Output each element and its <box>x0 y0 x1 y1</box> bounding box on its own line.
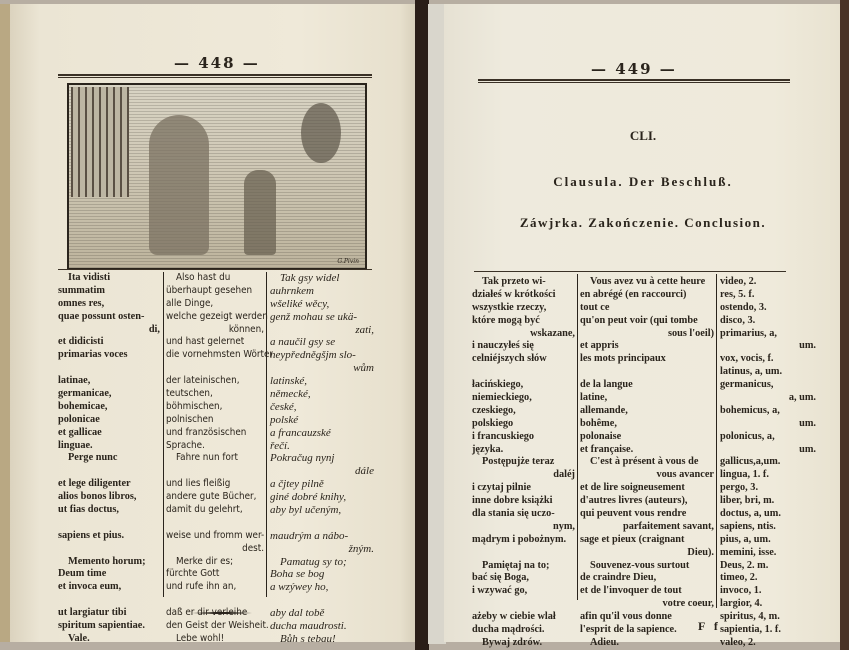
text-line: łacińskiego, <box>472 379 575 392</box>
text-line: działeś w krótkości <box>472 289 575 302</box>
text-line: summatim <box>58 285 160 298</box>
text-line: giné dobré knihy, <box>270 491 374 504</box>
text-line: primarius, a, <box>720 328 816 341</box>
text-line: ut largiatur tibi <box>58 607 160 620</box>
text-line: Pokračug nynj <box>270 452 374 465</box>
text-line <box>270 517 374 530</box>
text-line: et de lire soigneusement <box>580 482 714 495</box>
text-line: Pamiętaj na to; <box>472 560 575 573</box>
text-line: polnischen <box>166 414 264 427</box>
text-line: den Geist der Weisheit. <box>166 620 264 633</box>
old-teacher-figure <box>149 115 209 255</box>
text-line: ducha mądrości. <box>472 624 575 637</box>
text-line: neypředněgšjm slo- <box>270 349 374 362</box>
text-line: Pamatug sy to; <box>270 556 374 569</box>
text-line: daléj <box>472 469 575 482</box>
text-line: wszystkie rzeczy, <box>472 302 575 315</box>
text-line: primarias voces <box>58 349 160 362</box>
text-line: bać się Boga, <box>472 572 575 585</box>
text-line: et de l'invoquer de tout <box>580 585 714 598</box>
text-line: les mots principaux <box>580 353 714 366</box>
text-line: německé, <box>270 388 374 401</box>
text-line: Dieu). <box>580 547 714 560</box>
text-line: a naučil gsy se <box>270 336 374 349</box>
text-line: i czytaj pilnie <box>472 482 575 495</box>
text-line: Ita vidisti <box>58 272 160 285</box>
text-line: auhrnkem <box>270 285 374 298</box>
text-line: Sprache. <box>166 440 264 453</box>
header-rule <box>478 79 790 83</box>
text-line: et didicisti <box>58 336 160 349</box>
text-line: spiritum sapientiae. <box>58 620 160 633</box>
text-line: Memento horum; <box>58 556 160 569</box>
text-line: i nauczyłeś się <box>472 340 575 353</box>
text-line: niemieckiego, <box>472 392 575 405</box>
text-line: invoco, 1. <box>720 585 816 598</box>
section-title-czech-polish-french: Záwjrka. Zakończenie. Conclusion. <box>444 215 842 231</box>
french-column: Vous avez vu à cette heureen abrégé (en … <box>580 276 714 650</box>
text-line: polské <box>270 414 374 427</box>
text-line: a francauzské <box>270 427 374 440</box>
text-line: qu'on peut voir (qui tombe <box>580 315 714 328</box>
text-line: parfaitement savant, <box>580 521 714 534</box>
text-line: ducha maudrosti. <box>270 620 374 633</box>
czech-column: Tak gsy widelauhrnkemwšeliké wěcy,genž m… <box>270 272 374 646</box>
text-line <box>58 465 160 478</box>
text-line: omnes res, <box>58 298 160 311</box>
text-line: które mogą być <box>472 315 575 328</box>
text-line: latine, <box>580 392 714 405</box>
bookshelf-figure <box>71 87 129 197</box>
text-line: res, 5. f. <box>720 289 816 302</box>
text-line: fürchte Gott <box>166 568 264 581</box>
text-line: valeo, 2. <box>720 637 816 650</box>
text-line: damit du gelehrt, <box>166 504 264 517</box>
text-line: video, 2. <box>720 276 816 289</box>
text-line: inne dobre książki <box>472 495 575 508</box>
text-line: Also hast du <box>166 272 264 285</box>
text-line: Vous avez vu à cette heure <box>580 276 714 289</box>
text-line: aby dal tobě <box>270 607 374 620</box>
text-line: memini, isse. <box>720 547 816 560</box>
text-line: dla stania się uczo- <box>472 508 575 521</box>
text-line: Fahre nun fort <box>166 452 264 465</box>
text-line: ażeby w ciebie wlał <box>472 611 575 624</box>
column-divider <box>577 274 578 600</box>
text-line: largior, 4. <box>720 598 816 611</box>
text-line: Deum time <box>58 568 160 581</box>
text-line: andere gute Bücher, <box>166 491 264 504</box>
text-line: Adieu. <box>580 637 714 650</box>
text-line: latinské, <box>270 375 374 388</box>
text-line: bohemicus, a, <box>720 405 816 418</box>
column-divider <box>163 272 164 597</box>
column-divider <box>716 274 717 608</box>
text-line: i francuskiego <box>472 431 575 444</box>
text-line: doctus, a, um. <box>720 508 816 521</box>
text-line: celniéjszych słów <box>472 353 575 366</box>
text-line: Bůh s tebau! <box>270 633 374 646</box>
german-column: Also hast duüberhaupt gesehenalle Dinge,… <box>166 272 264 646</box>
text-line: vox, vocis, f. <box>720 353 816 366</box>
text-line <box>472 547 575 560</box>
text-line: quae possunt osten- <box>58 311 160 324</box>
text-line: české, <box>270 401 374 414</box>
text-line: sapiens, ntis. <box>720 521 816 534</box>
text-line: können, <box>166 324 264 337</box>
text-line: ostendo, 3. <box>720 302 816 315</box>
text-line: maudrým a nábo- <box>270 530 374 543</box>
text-line: a, um. <box>720 392 816 405</box>
text-line: alle Dinge, <box>166 298 264 311</box>
text-line: dest. <box>166 543 264 556</box>
text-line: języka. <box>472 444 575 457</box>
text-line: Deus, 2. m. <box>720 560 816 573</box>
text-line: d'autres livres (auteurs), <box>580 495 714 508</box>
text-line: disco, 3. <box>720 315 816 328</box>
latin-column: Ita vidistisummatimomnes res,quae possun… <box>58 272 160 646</box>
chapter-number: CLI. <box>444 128 842 144</box>
text-line: linguae. <box>58 440 160 453</box>
text-line: bohemicae, <box>58 401 160 414</box>
page-edge <box>0 4 10 642</box>
text-line: lingua, 1. f. <box>720 469 816 482</box>
text-line: Tak gsy widel <box>270 272 374 285</box>
text-line <box>58 362 160 375</box>
text-line: vous avancer <box>580 469 714 482</box>
tailpiece-ornament <box>192 612 252 614</box>
book-spine <box>415 0 429 650</box>
text-line: polskiego <box>472 418 575 431</box>
tree-figure <box>301 103 341 163</box>
text-line: Souvenez-vous surtout <box>580 560 714 573</box>
text-line: řečí. <box>270 440 374 453</box>
text-line: sous l'oeil) <box>580 328 714 341</box>
text-line: timeo, 2. <box>720 572 816 585</box>
text-line: zati, <box>270 324 374 337</box>
text-line: Tak przeto wi- <box>472 276 575 289</box>
text-line: um. <box>720 444 816 457</box>
text-line <box>166 594 264 607</box>
text-line: qui peuvent vous rendre <box>580 508 714 521</box>
text-line: sapientia, 1. f. <box>720 624 816 637</box>
text-line: und französischen <box>166 427 264 440</box>
text-line: böhmischen, <box>166 401 264 414</box>
text-line: polonicus, a, <box>720 431 816 444</box>
text-line: latinae, <box>58 375 160 388</box>
page-number-left: — 448 — <box>174 54 260 72</box>
text-line: und hast gelernet <box>166 336 264 349</box>
text-line: und lies fleißig <box>166 478 264 491</box>
text-line <box>58 594 160 607</box>
text-line: mądrym i pobożnym. <box>472 534 575 547</box>
text-line: germanicae, <box>58 388 160 401</box>
text-line: allemande, <box>580 405 714 418</box>
text-line <box>270 594 374 607</box>
text-line <box>472 598 575 611</box>
boy-figure <box>244 170 276 255</box>
engraver-signature: G.Pivin <box>337 258 359 265</box>
text-line: liber, bri, m. <box>720 495 816 508</box>
text-line: nym, <box>472 521 575 534</box>
text-line: um. <box>720 418 816 431</box>
text-line: a čjtey pilně <box>270 478 374 491</box>
section-title-latin-german: Clausula. Der Beschluß. <box>444 174 842 190</box>
table-top-rule <box>58 269 372 270</box>
text-line: die vornehmsten Wörter <box>166 349 264 362</box>
text-line: et invoca eum, <box>58 581 160 594</box>
text-line: wům <box>270 362 374 375</box>
text-line: welche gezeigt werden <box>166 311 264 324</box>
text-line: žným. <box>270 543 374 556</box>
text-line: der lateinischen, <box>166 375 264 388</box>
text-line: polonaise <box>580 431 714 444</box>
text-line: et lege diligenter <box>58 478 160 491</box>
text-line <box>472 366 575 379</box>
text-line: Postępujże teraz <box>472 456 575 469</box>
text-line <box>166 362 264 375</box>
text-line: wšeliké wěcy, <box>270 298 374 311</box>
text-line: et appris <box>580 340 714 353</box>
text-line: de craindre Dieu, <box>580 572 714 585</box>
text-line: tout ce <box>580 302 714 315</box>
text-line: sage et pieux (craignant <box>580 534 714 547</box>
text-line: latinus, a, um. <box>720 366 816 379</box>
text-line: i wzywać go, <box>472 585 575 598</box>
text-line: wskazane, <box>472 328 575 341</box>
text-line: Perge nunc <box>58 452 160 465</box>
text-line: dále <box>270 465 374 478</box>
text-line: polonicae <box>58 414 160 427</box>
polish-column: Tak przeto wi-działeś w krótkościwszystk… <box>472 276 575 650</box>
text-line: en abrégé (en raccourci) <box>580 289 714 302</box>
text-line: czeskiego, <box>472 405 575 418</box>
text-line: um. <box>720 340 816 353</box>
text-line <box>166 517 264 530</box>
text-line: a wzýwey ho, <box>270 581 374 594</box>
text-line: de la langue <box>580 379 714 392</box>
text-line: votre coeur, <box>580 598 714 611</box>
text-line: und rufe ihn an, <box>166 581 264 594</box>
text-line: pius, a, um. <box>720 534 816 547</box>
gathering-signature-mark: F f <box>698 619 721 634</box>
text-line: gallicus,a,um. <box>720 456 816 469</box>
latin-vocabulary-column: video, 2.res, 5. f.ostendo, 3.disco, 3.p… <box>720 276 816 650</box>
table-top-rule <box>474 271 786 272</box>
text-line: überhaupt gesehen <box>166 285 264 298</box>
text-line: et française. <box>580 444 714 457</box>
header-rule <box>58 74 372 78</box>
text-line: teutschen, <box>166 388 264 401</box>
text-line: genž mohau se ukä- <box>270 311 374 324</box>
text-line: alios bonos libros, <box>58 491 160 504</box>
text-line: aby byl učeným, <box>270 504 374 517</box>
text-line: Lebe wohl! <box>166 633 264 646</box>
page-number-right: — 449 — <box>591 60 677 78</box>
text-line: l'esprit de la sapience. <box>580 624 714 637</box>
text-line: weise und fromm wer- <box>166 530 264 543</box>
text-line: germanicus, <box>720 379 816 392</box>
text-line: et gallicae <box>58 427 160 440</box>
text-line: sapiens et pius. <box>58 530 160 543</box>
text-line: Merke dir es; <box>166 556 264 569</box>
book-cover-edge <box>840 0 849 650</box>
text-line <box>58 517 160 530</box>
text-line <box>166 465 264 478</box>
text-line: pergo, 3. <box>720 482 816 495</box>
text-line: ut fias doctus, <box>58 504 160 517</box>
text-line: spiritus, 4, m. <box>720 611 816 624</box>
text-line: Boha se bog <box>270 568 374 581</box>
text-line: Bywaj zdrów. <box>472 637 575 650</box>
text-line: di, <box>58 324 160 337</box>
text-line: C'est à présent à vous de <box>580 456 714 469</box>
text-line: afin qu'il vous donne <box>580 611 714 624</box>
text-line: Vale. <box>58 633 160 646</box>
woodcut-illustration: G.Pivin <box>67 83 367 270</box>
text-line: bohême, <box>580 418 714 431</box>
text-line <box>580 366 714 379</box>
text-line <box>58 543 160 556</box>
